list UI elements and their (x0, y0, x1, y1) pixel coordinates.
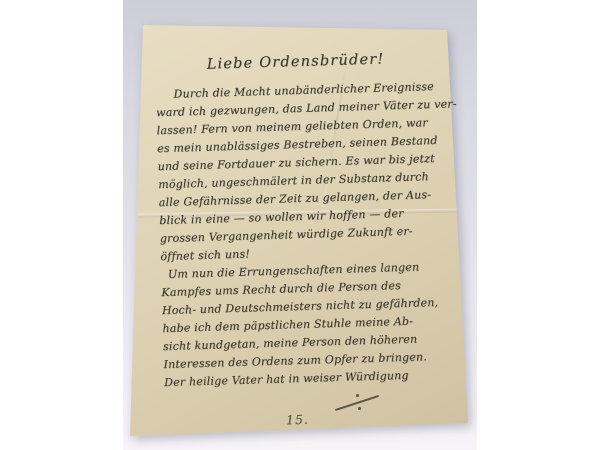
end-mark-dot-bottom (358, 407, 361, 410)
page-number: 15. (286, 412, 309, 428)
section-end-mark (334, 393, 382, 413)
photo-of-handwritten-letter: Liebe Ordensbrüder! Durch die Macht unab… (0, 0, 600, 450)
letter-text-block: Liebe Ordensbrüder! Durch die Macht unab… (154, 47, 464, 392)
end-mark-dot-top (356, 394, 359, 397)
end-mark-stroke (335, 395, 379, 411)
